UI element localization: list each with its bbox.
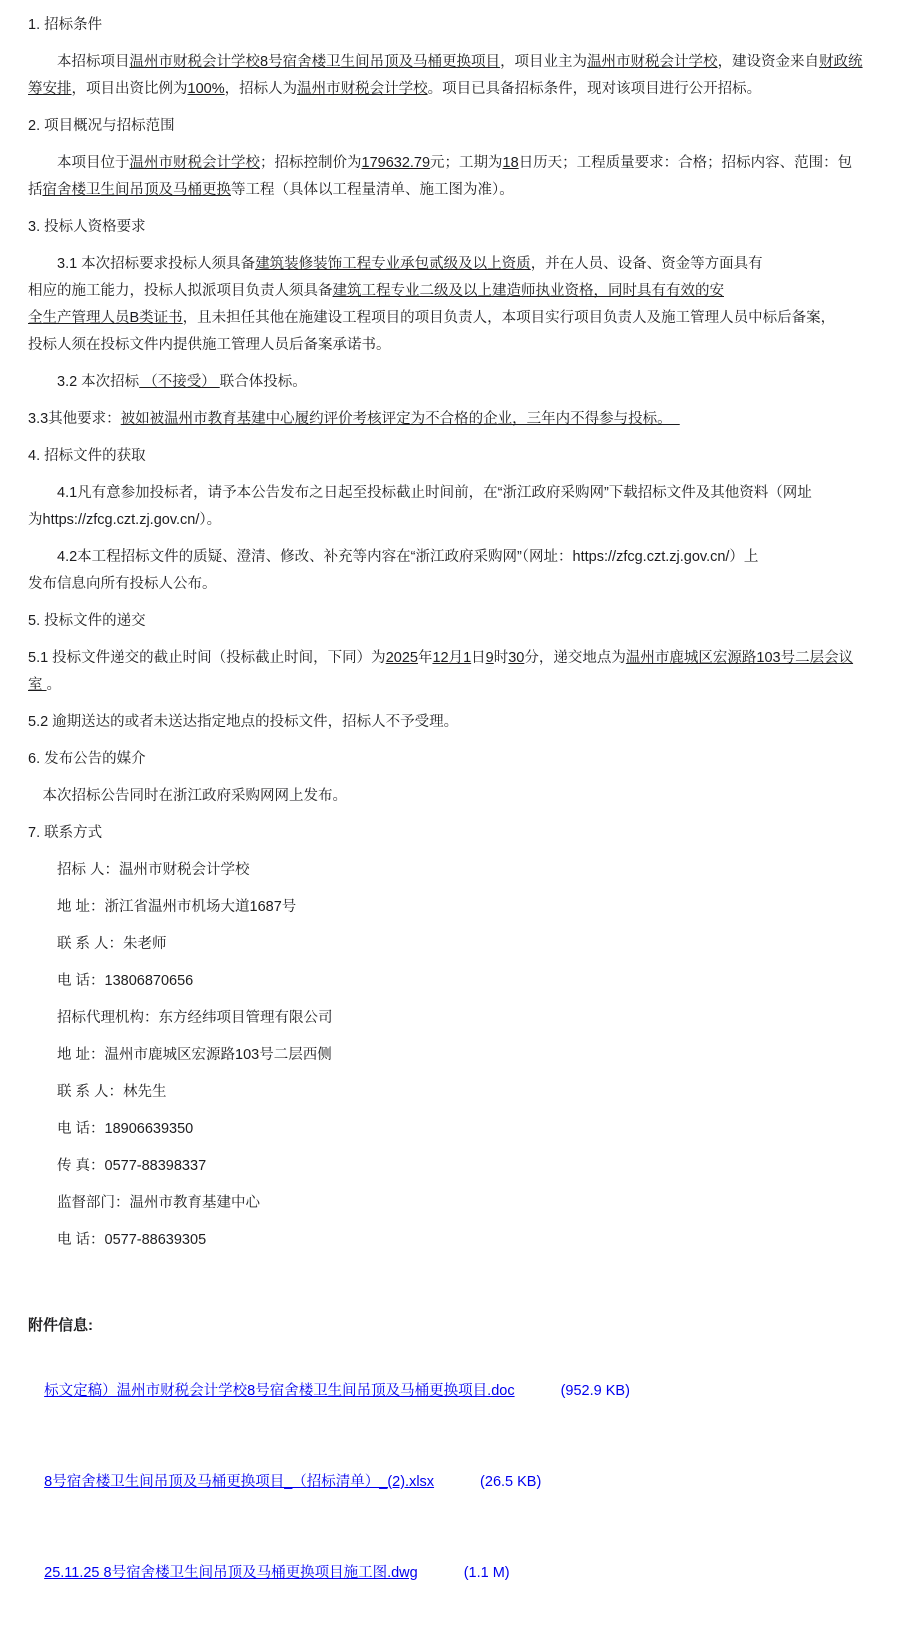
attachment-file-link[interactable]: 25.11.25 8号宿舍楼卫生间吊顶及马桶更换项目施工图.dwg [44,1565,418,1581]
text-segment: 电 话：13806870656 [28,973,193,989]
text-segment: 4.1凡有意参加投标者，请予本公告发布之日起至投标截止时间前，在“浙江政府采购网… [28,485,812,501]
underlined-text-segment: 温州市财税会计学校 [130,155,261,171]
section-1-body: 本招标项目温州市财税会计学校8号宿舍楼卫生间吊顶及马桶更换项目，项目业主为温州市… [28,49,903,103]
text-line: 地 址：温州市鹿城区宏源路103号二层西侧 [28,1042,903,1069]
underlined-text-segment: 筹安排 [28,81,72,97]
clause-4-1: 4.1凡有意参加投标者，请予本公告发布之日起至投标截止时间前，在“浙江政府采购网… [28,480,903,534]
text-segment: 。 [47,677,62,693]
text-line: 室 。 [28,672,903,699]
text-line: 6. 发布公告的媒介 [28,746,903,773]
contact-tenderer-name: 招标 人：温州市财税会计学校 [28,857,903,884]
text-segment: 招标代理机构：东方经纬项目管理有限公司 [28,1010,333,1026]
section-1-heading: 1. 招标条件 [28,12,903,39]
text-segment: 4. 招标文件的获取 [28,448,146,464]
contact-tenderer-phone: 电 话：13806870656 [28,968,903,995]
text-segment: 地 址：温州市鹿城区宏源路103号二层西侧 [28,1047,332,1063]
text-line: 本项目位于温州市财税会计学校；招标控制价为179632.79元；工期为18日历天… [28,150,903,177]
text-line: 7. 联系方式 [28,820,903,847]
section-7-heading: 7. 联系方式 [28,820,903,847]
clause-3-1: 3.1 本次招标要求投标人须具备建筑装修装饰工程专业承包贰级及以上资质，并在人员… [28,251,903,359]
attachment-file-link[interactable]: 标文定稿）温州市财税会计学校8号宿舍楼卫生间吊顶及马桶更换项目.doc [44,1383,514,1399]
underlined-text-segment: 建筑装修装饰工程专业承包贰级及以上资质 [255,256,531,272]
text-segment: 6. 发布公告的媒介 [28,751,146,767]
text-line: 本次招标公告同时在浙江政府采购网网上发布。 [28,783,903,810]
contact-agency-fax: 传 真：0577-88398337 [28,1153,903,1180]
text-line: 招标代理机构：东方经纬项目管理有限公司 [28,1005,903,1032]
contact-agency-phone: 电 话：18906639350 [28,1116,903,1143]
text-segment: 5.2 逾期送达的或者未送达指定地点的投标文件，招标人不予受理。 [28,714,458,730]
attachment-row: 8号宿舍楼卫生间吊顶及马桶更换项目_（招标清单）_(2).xlsx(26.5 K… [28,1442,903,1523]
text-line: 4.1凡有意参加投标者，请予本公告发布之日起至投标截止时间前，在“浙江政府采购网… [28,480,903,507]
text-segment: 联合体投标。 [220,374,307,390]
text-segment: ，招标人为 [225,81,298,97]
text-line: 电 话：13806870656 [28,968,903,995]
attachments-section: 附件信息: 标文定稿）温州市财税会计学校8号宿舍楼卫生间吊顶及马桶更换项目.do… [28,1312,903,1614]
attachments-list: 标文定稿）温州市财税会计学校8号宿舍楼卫生间吊顶及马桶更换项目.doc(952.… [28,1351,903,1614]
text-line: 电 话：0577-88639305 [28,1227,903,1254]
section-3-heading: 3. 投标人资格要求 [28,214,903,241]
underlined-text-segment: 18 [503,155,519,171]
text-line: 发布信息向所有投标人公布。 [28,571,903,598]
underlined-text-segment: 温州市财税会计学校8号宿舍楼卫生间吊顶及马桶更换项目 [130,54,501,70]
text-line: 联 系 人：朱老师 [28,931,903,958]
section-5-heading: 5. 投标文件的递交 [28,608,903,635]
text-line: 地 址：浙江省温州市机场大道1687号 [28,894,903,921]
contact-supervisor-phone: 电 话：0577-88639305 [28,1227,903,1254]
text-segment: ，并在人员、设备、资金等方面具有 [531,256,763,272]
text-line: 括宿舍楼卫生间吊顶及马桶更换等工程（具体以工程量清单、施工图为准）。 [28,177,903,204]
text-segment: 本次招标公告同时在浙江政府采购网网上发布。 [28,788,347,804]
text-segment: 3. 投标人资格要求 [28,219,146,235]
underlined-text-segment: 财政统 [819,54,863,70]
text-segment: 联 系 人：林先生 [28,1084,167,1100]
text-segment: 相应的施工能力，投标人拟派项目负责人须具备 [28,283,333,299]
attachment-file-size: (952.9 KB) [561,1383,630,1399]
text-line: 5.1 投标文件递交的截止时间（投标截止时间，下同）为2025年12月1日9时3… [28,645,903,672]
clause-5-1: 5.1 投标文件递交的截止时间（投标截止时间，下同）为2025年12月1日9时3… [28,645,903,699]
text-segment: 日历天；工程质量要求：合格；招标内容、范围：包 [519,155,853,171]
contact-supervisor-dept: 监督部门：温州市教育基建中心 [28,1190,903,1217]
attachment-file-size: (26.5 KB) [480,1474,541,1490]
text-segment: 时 [494,650,509,666]
underlined-text-segment: 9 [486,650,494,666]
text-segment: 。项目已具备招标条件，现对该项目进行公开招标。 [428,81,762,97]
text-line: 4.2本工程招标文件的质疑、澄清、修改、补充等内容在“浙江政府采购网”（网址：h… [28,544,903,571]
text-segment: 括 [28,182,43,198]
contact-agency-name: 招标代理机构：东方经纬项目管理有限公司 [28,1005,903,1032]
text-segment: 监督部门：温州市教育基建中心 [28,1195,260,1211]
underlined-text-segment: 温州市鹿城区宏源路103号二层会议 [626,650,853,666]
text-segment: 为https://zfcg.czt.zj.gov.cn/）。 [28,512,221,528]
underlined-text-segment: 全生产管理人员B类证书 [28,310,183,326]
text-segment: 投标人须在投标文件内提供施工管理人员后备案承诺书。 [28,337,391,353]
text-segment: 1. 招标条件 [28,17,102,33]
section-6-body: 本次招标公告同时在浙江政府采购网网上发布。 [28,783,903,810]
text-segment: 等工程（具体以工程量清单、施工图为准）。 [231,182,514,198]
section-6-heading: 6. 发布公告的媒介 [28,746,903,773]
text-line: 为https://zfcg.czt.zj.gov.cn/）。 [28,507,903,534]
text-segment: ，项目业主为 [500,54,587,70]
contact-tenderer-address: 地 址：浙江省温州市机场大道1687号 [28,894,903,921]
underlined-text-segment: 12月1 [432,650,471,666]
clause-5-2: 5.2 逾期送达的或者未送达指定地点的投标文件，招标人不予受理。 [28,709,903,736]
text-line: 1. 招标条件 [28,12,903,39]
text-line: 2. 项目概况与招标范围 [28,113,903,140]
text-line: 5. 投标文件的递交 [28,608,903,635]
underlined-text-segment: （不接受） [139,374,220,390]
text-line: 本招标项目温州市财税会计学校8号宿舍楼卫生间吊顶及马桶更换项目，项目业主为温州市… [28,49,903,76]
attachment-row: 25.11.25 8号宿舍楼卫生间吊顶及马桶更换项目施工图.dwg(1.1 M) [28,1533,903,1614]
underlined-text-segment: 温州市财税会计学校 [297,81,428,97]
text-segment: 元；工期为 [430,155,503,171]
text-segment: ，且未担任其他在施建设工程项目的项目负责人，本项目实行项目负责人及施工管理人员中… [183,310,836,326]
text-line: 招标 人：温州市财税会计学校 [28,857,903,884]
section-4-heading: 4. 招标文件的获取 [28,443,903,470]
text-segment: 分，递交地点为 [524,650,626,666]
text-segment: ，项目出资比例为 [72,81,188,97]
attachment-row: 标文定稿）温州市财税会计学校8号宿舍楼卫生间吊顶及马桶更换项目.doc(952.… [28,1351,903,1432]
contact-agency-address: 地 址：温州市鹿城区宏源路103号二层西侧 [28,1042,903,1069]
text-line: 3.3其他要求：被如被温州市教育基建中心履约评价考核评定为不合格的企业，三年内不… [28,406,903,433]
text-line: 联 系 人：林先生 [28,1079,903,1106]
underlined-text-segment: 宿舍楼卫生间吊顶及马桶更换 [43,182,232,198]
tender-announcement-document: 1. 招标条件 本招标项目温州市财税会计学校8号宿舍楼卫生间吊顶及马桶更换项目，… [0,0,913,1642]
text-segment: 2. 项目概况与招标范围 [28,118,175,134]
underlined-text-segment: 建筑工程专业二级及以上建造师执业资格，同时具有有效的安 [333,283,725,299]
text-segment: 本项目位于 [28,155,130,171]
section-2-overview: 本项目位于温州市财税会计学校；招标控制价为179632.79元；工期为18日历天… [28,150,903,204]
text-line: 电 话：18906639350 [28,1116,903,1143]
underlined-text-segment: 30 [508,650,524,666]
text-segment: 电 话：18906639350 [28,1121,193,1137]
text-line: 传 真：0577-88398337 [28,1153,903,1180]
underlined-text-segment: 100% [188,81,225,97]
clause-3-2: 3.2 本次招标 （不接受） 联合体投标。 [28,369,903,396]
text-segment: 地 址：浙江省温州市机场大道1687号 [28,899,296,915]
text-segment: 5.1 投标文件递交的截止时间（投标截止时间，下同）为 [28,650,386,666]
text-line: 筹安排，项目出资比例为100%，招标人为温州市财税会计学校。项目已具备招标条件，… [28,76,903,103]
section-2-heading: 2. 项目概况与招标范围 [28,113,903,140]
text-segment: 招标 人：温州市财税会计学校 [28,862,250,878]
text-segment: 传 真：0577-88398337 [28,1158,206,1174]
text-segment: 联 系 人：朱老师 [28,936,167,952]
text-line: 全生产管理人员B类证书，且未担任其他在施建设工程项目的项目负责人，本项目实行项目… [28,305,903,332]
text-segment: 3.3其他要求： [28,411,121,427]
text-line: 投标人须在投标文件内提供施工管理人员后备案承诺书。 [28,332,903,359]
attachment-file-size: (1.1 M) [464,1565,510,1581]
clause-4-2: 4.2本工程招标文件的质疑、澄清、修改、补充等内容在“浙江政府采购网”（网址：h… [28,544,903,598]
text-segment: 7. 联系方式 [28,825,102,841]
attachments-heading: 附件信息: [28,1312,903,1339]
clause-3-3: 3.3其他要求：被如被温州市教育基建中心履约评价考核评定为不合格的企业，三年内不… [28,406,903,433]
text-line: 5.2 逾期送达的或者未送达指定地点的投标文件，招标人不予受理。 [28,709,903,736]
text-line: 监督部门：温州市教育基建中心 [28,1190,903,1217]
underlined-text-segment: 被如被温州市教育基建中心履约评价考核评定为不合格的企业，三年内不得参与投标。 [121,411,680,427]
text-line: 相应的施工能力，投标人拟派项目负责人须具备建筑工程专业二级及以上建造师执业资格，… [28,278,903,305]
text-line: 3.1 本次招标要求投标人须具备建筑装修装饰工程专业承包贰级及以上资质，并在人员… [28,251,903,278]
underlined-text-segment: 室 [28,677,47,693]
text-segment: 日 [471,650,486,666]
contact-tenderer-person: 联 系 人：朱老师 [28,931,903,958]
text-segment: ，建设资金来自 [718,54,820,70]
text-segment: 本招标项目 [28,54,130,70]
underlined-text-segment: 2025 [386,650,418,666]
underlined-text-segment: 179632.79 [362,155,431,171]
attachment-file-link[interactable]: 8号宿舍楼卫生间吊顶及马桶更换项目_（招标清单）_(2).xlsx [44,1474,434,1490]
text-segment: ；招标控制价为 [260,155,362,171]
text-segment: 3.2 本次招标 [28,374,139,390]
text-segment: 年 [418,650,433,666]
text-segment: 3.1 本次招标要求投标人须具备 [28,256,255,272]
text-line: 3. 投标人资格要求 [28,214,903,241]
text-segment: 发布信息向所有投标人公布。 [28,576,217,592]
text-segment: 4.2本工程招标文件的质疑、澄清、修改、补充等内容在“浙江政府采购网”（网址：h… [28,549,758,565]
text-segment: 电 话：0577-88639305 [28,1232,206,1248]
text-line: 4. 招标文件的获取 [28,443,903,470]
text-line: 3.2 本次招标 （不接受） 联合体投标。 [28,369,903,396]
underlined-text-segment: 温州市财税会计学校 [587,54,718,70]
announcement-body: 1. 招标条件 本招标项目温州市财税会计学校8号宿舍楼卫生间吊顶及马桶更换项目，… [28,12,903,1254]
text-segment: 5. 投标文件的递交 [28,613,146,629]
contact-agency-person: 联 系 人：林先生 [28,1079,903,1106]
